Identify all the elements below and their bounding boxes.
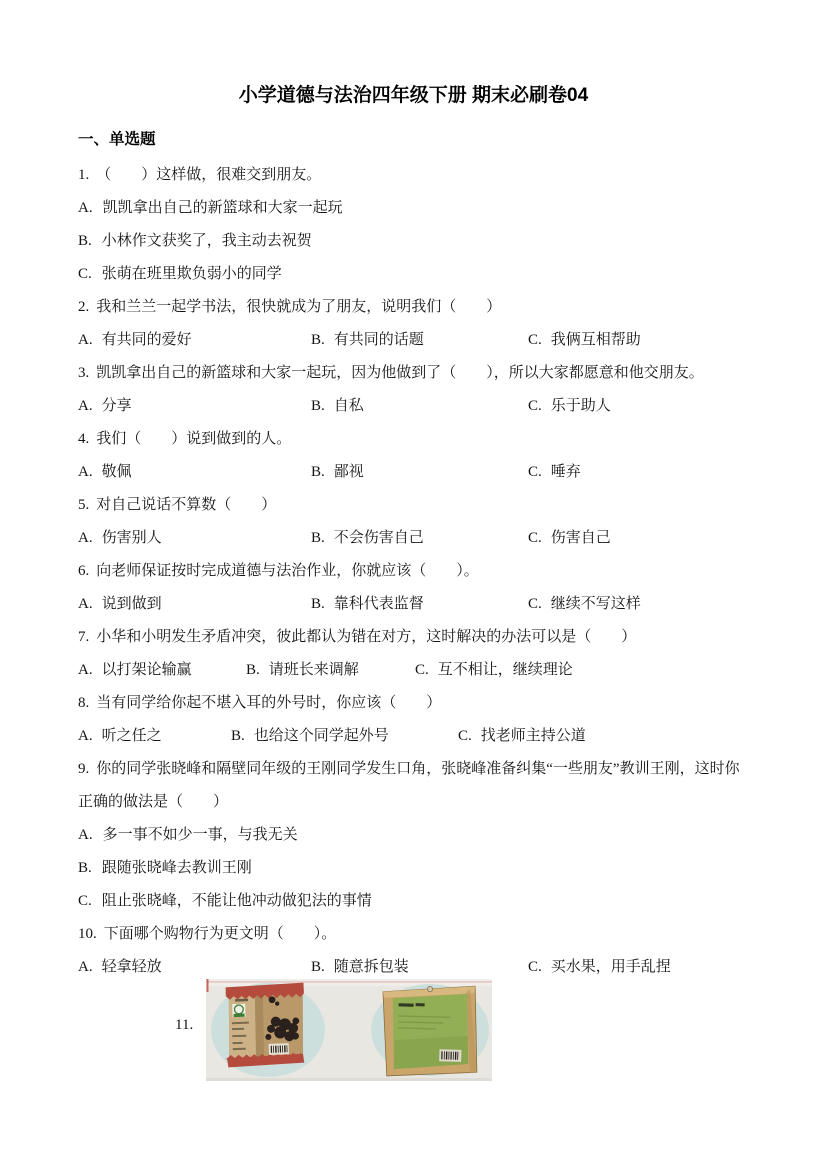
option-text: 凯凯拿出自己的新篮球和大家一起玩	[103, 200, 343, 216]
option-row: A.以打架论输赢B.请班长来调解C.互不相让，继续理论	[78, 654, 771, 687]
question-number: 2.	[78, 291, 89, 324]
green-logo-icon	[232, 1004, 245, 1017]
question-stem-text: （ ）这样做，很难交到朋友。	[96, 167, 321, 183]
red-margin-tick	[207, 979, 209, 992]
option-text: 阻止张晓峰，不能让他冲动做犯法的事情	[102, 893, 372, 909]
option-label: A.	[78, 720, 93, 753]
option-text: 靠科代表监督	[334, 596, 424, 612]
question-stem-text: 你的同学张晓峰和隔壁同年级的王刚同学发生口角，张晓峰准备纠集“一些朋友”教训王刚…	[96, 761, 739, 777]
question-stem: 8.当有同学给你起不堪入耳的外号时，你应该（ ）	[78, 687, 771, 720]
option: A.以打架论输赢	[78, 654, 192, 687]
option-text: 鄙视	[334, 464, 364, 480]
option-text: 张萌在班里欺负弱小的同学	[102, 266, 282, 282]
option-label: C.	[528, 456, 542, 489]
question-stem-text: 小华和小明发生矛盾冲突，彼此都认为错在对方，这时解决的办法可以是（ ）	[96, 629, 636, 645]
option-label: B.	[246, 654, 260, 687]
option-label: B.	[78, 225, 92, 258]
option-row: A.多一事不如少一事，与我无关	[78, 819, 771, 852]
option-text: 我俩互相帮助	[551, 332, 641, 348]
barcode-left	[269, 1043, 289, 1055]
option-row: A.听之任之B.也给这个同学起外号C.找老师主持公道	[78, 720, 771, 753]
option-label: A.	[78, 456, 93, 489]
option-text: 伤害自己	[551, 530, 611, 546]
option: B.自私	[311, 390, 364, 423]
left-package-illustration	[223, 983, 307, 1068]
option-label: C.	[78, 885, 92, 918]
option: C.阻止张晓峰，不能让他冲动做犯法的事情	[78, 893, 372, 909]
question-11-figure: 11.	[0, 979, 827, 1083]
option-row: A.分享B.自私C.乐于助人	[78, 390, 771, 423]
option: C.继续不写这样	[528, 588, 641, 621]
option: B.请班长来调解	[246, 654, 359, 687]
option-label: A.	[78, 324, 93, 357]
question-stem-text: 对自己说话不算数（ ）	[96, 497, 276, 513]
option: A.敬佩	[78, 456, 132, 489]
option-label: B.	[231, 720, 245, 753]
question-stem-text: 向老师保证按时完成道德与法治作业，你就应该（ ）。	[96, 563, 479, 579]
option-text: 请班长来调解	[269, 662, 359, 678]
option-text: 继续不写这样	[551, 596, 641, 612]
option-text: 敬佩	[102, 464, 132, 480]
option: C.互不相让，继续理论	[415, 654, 573, 687]
option: B.跟随张晓峰去教训王刚	[78, 860, 252, 876]
option-text: 小林作文获奖了，我主动去祝贺	[102, 233, 312, 249]
option-text: 不会伤害自己	[334, 530, 424, 546]
option-row: A.凯凯拿出自己的新篮球和大家一起玩	[78, 192, 771, 225]
option-text: 自私	[334, 398, 364, 414]
option-text: 随意拆包装	[334, 959, 409, 975]
brand-text-mark	[235, 999, 248, 1002]
option-text: 有共同的话题	[334, 332, 424, 348]
option-label: B.	[311, 390, 325, 423]
question-number: 9.	[78, 753, 89, 786]
option-row: A.敬佩B.鄙视C.唾弃	[78, 456, 771, 489]
question-stem: 6.向老师保证按时完成道德与法治作业，你就应该（ ）。	[78, 555, 771, 588]
option: A.多一事不如少一事，与我无关	[78, 827, 298, 843]
option-row: A.伤害别人B.不会伤害自己C.伤害自己	[78, 522, 771, 555]
option: C.找老师主持公道	[458, 720, 586, 753]
option: A.说到做到	[78, 588, 162, 621]
question-stem-continued: 正确的做法是（ ）	[78, 786, 771, 819]
q11-packages-photo	[206, 979, 492, 1081]
option: C.乐于助人	[528, 390, 611, 423]
right-package-illustration	[381, 984, 479, 1078]
question-stem: 10.下面哪个购物行为更文明（ ）。	[78, 918, 771, 951]
option-label: C.	[78, 258, 92, 291]
option-text: 有共同的爱好	[102, 332, 192, 348]
option-text: 找老师主持公道	[481, 728, 586, 744]
option-label: B.	[311, 456, 325, 489]
page-rule-line	[206, 981, 492, 983]
option-row: A.有共同的爱好B.有共同的话题C.我俩互相帮助	[78, 324, 771, 357]
option-label: A.	[78, 819, 93, 852]
option: B.也给这个同学起外号	[231, 720, 389, 753]
option: A.听之任之	[78, 720, 162, 753]
option-text: 跟随张晓峰去教训王刚	[102, 860, 252, 876]
option-label: C.	[415, 654, 429, 687]
question-stem-text: 当有同学给你起不堪入耳的外号时，你应该（ ）	[96, 695, 441, 711]
packages-illustration	[206, 979, 492, 1081]
question-list: 1.（ ）这样做，很难交到朋友。A.凯凯拿出自己的新篮球和大家一起玩B.小林作文…	[78, 159, 771, 984]
option-row: A.说到做到B.靠科代表监督C.继续不写这样	[78, 588, 771, 621]
question-number: 4.	[78, 423, 89, 456]
option-label: C.	[528, 390, 542, 423]
barcode-right	[439, 1049, 461, 1062]
option: B.有共同的话题	[311, 324, 424, 357]
option: C.我俩互相帮助	[528, 324, 641, 357]
option-label: B.	[311, 324, 325, 357]
option: C.伤害自己	[528, 522, 611, 555]
question-stem: 1.（ ）这样做，很难交到朋友。	[78, 159, 771, 192]
option-text: 说到做到	[102, 596, 162, 612]
option-text: 分享	[102, 398, 132, 414]
option-label: C.	[458, 720, 472, 753]
question-stem: 3.凯凯拿出自己的新篮球和大家一起玩，因为他做到了（ ），所以大家都愿意和他交朋…	[78, 357, 771, 390]
option-row: C.阻止张晓峰，不能让他冲动做犯法的事情	[78, 885, 771, 918]
option: A.分享	[78, 390, 132, 423]
option-label: A.	[78, 588, 93, 621]
option-row: B.小林作文获奖了，我主动去祝贺	[78, 225, 771, 258]
question-stem: 4.我们（ ）说到做到的人。	[78, 423, 771, 456]
question-number: 7.	[78, 621, 89, 654]
question-number: 3.	[78, 357, 89, 390]
question-number: 10.	[78, 918, 97, 951]
option-text: 乐于助人	[551, 398, 611, 414]
option-label: C.	[528, 522, 542, 555]
option-text: 多一事不如少一事，与我无关	[103, 827, 298, 843]
question-stem: 7.小华和小明发生矛盾冲突，彼此都认为错在对方，这时解决的办法可以是（ ）	[78, 621, 771, 654]
option: A.伤害别人	[78, 522, 162, 555]
option-row: B.跟随张晓峰去教训王刚	[78, 852, 771, 885]
option-text: 伤害别人	[102, 530, 162, 546]
question-number: 1.	[78, 159, 89, 192]
option-label: A.	[78, 522, 93, 555]
question-stem: 5.对自己说话不算数（ ）	[78, 489, 771, 522]
option: A.有共同的爱好	[78, 324, 192, 357]
question-number: 6.	[78, 555, 89, 588]
option-label: A.	[78, 390, 93, 423]
option-label: A.	[78, 192, 93, 225]
question-number: 5.	[78, 489, 89, 522]
question-number: 11.	[175, 1017, 193, 1034]
question-stem-text: 下面哪个购物行为更文明（ ）。	[104, 926, 337, 942]
option-text: 听之任之	[102, 728, 162, 744]
option: B.靠科代表监督	[311, 588, 424, 621]
question-stem-text: 凯凯拿出自己的新篮球和大家一起玩，因为他做到了（ ），所以大家都愿意和他交朋友。	[96, 365, 704, 381]
option-text: 以打架论输赢	[102, 662, 192, 678]
option-text: 也给这个同学起外号	[254, 728, 389, 744]
question-number: 8.	[78, 687, 89, 720]
option-text: 唾弃	[551, 464, 581, 480]
option-label: B.	[311, 588, 325, 621]
section-heading: 一、单选题	[78, 129, 827, 151]
option: C.唾弃	[528, 456, 581, 489]
option: B.小林作文获奖了，我主动去祝贺	[78, 233, 312, 249]
page-title: 小学道德与法治四年级下册 期末必刷卷04	[0, 82, 827, 110]
option: B.鄙视	[311, 456, 364, 489]
option: C.张萌在班里欺负弱小的同学	[78, 266, 282, 282]
question-stem-text: 我们（ ）说到做到的人。	[96, 431, 291, 447]
option-label: C.	[528, 324, 542, 357]
option: B.不会伤害自己	[311, 522, 424, 555]
option-label: C.	[528, 588, 542, 621]
question-stem: 2.我和兰兰一起学书法，很快就成为了朋友，说明我们（ ）	[78, 291, 771, 324]
option-row: C.张萌在班里欺负弱小的同学	[78, 258, 771, 291]
option-label: A.	[78, 654, 93, 687]
option-label: B.	[78, 852, 92, 885]
option: A.凯凯拿出自己的新篮球和大家一起玩	[78, 200, 343, 216]
question-stem-text: 我和兰兰一起学书法，很快就成为了朋友，说明我们（ ）	[96, 299, 501, 315]
option-text: 互不相让，继续理论	[438, 662, 573, 678]
option-text: 轻拿轻放	[102, 959, 162, 975]
option-text: 买水果，用手乱捏	[551, 959, 671, 975]
option-label: B.	[311, 522, 325, 555]
bag-clip-icon	[427, 986, 432, 991]
question-stem: 9.你的同学张晓峰和隔壁同年级的王刚同学发生口角，张晓峰准备纠集“一些朋友”教训…	[78, 753, 771, 786]
